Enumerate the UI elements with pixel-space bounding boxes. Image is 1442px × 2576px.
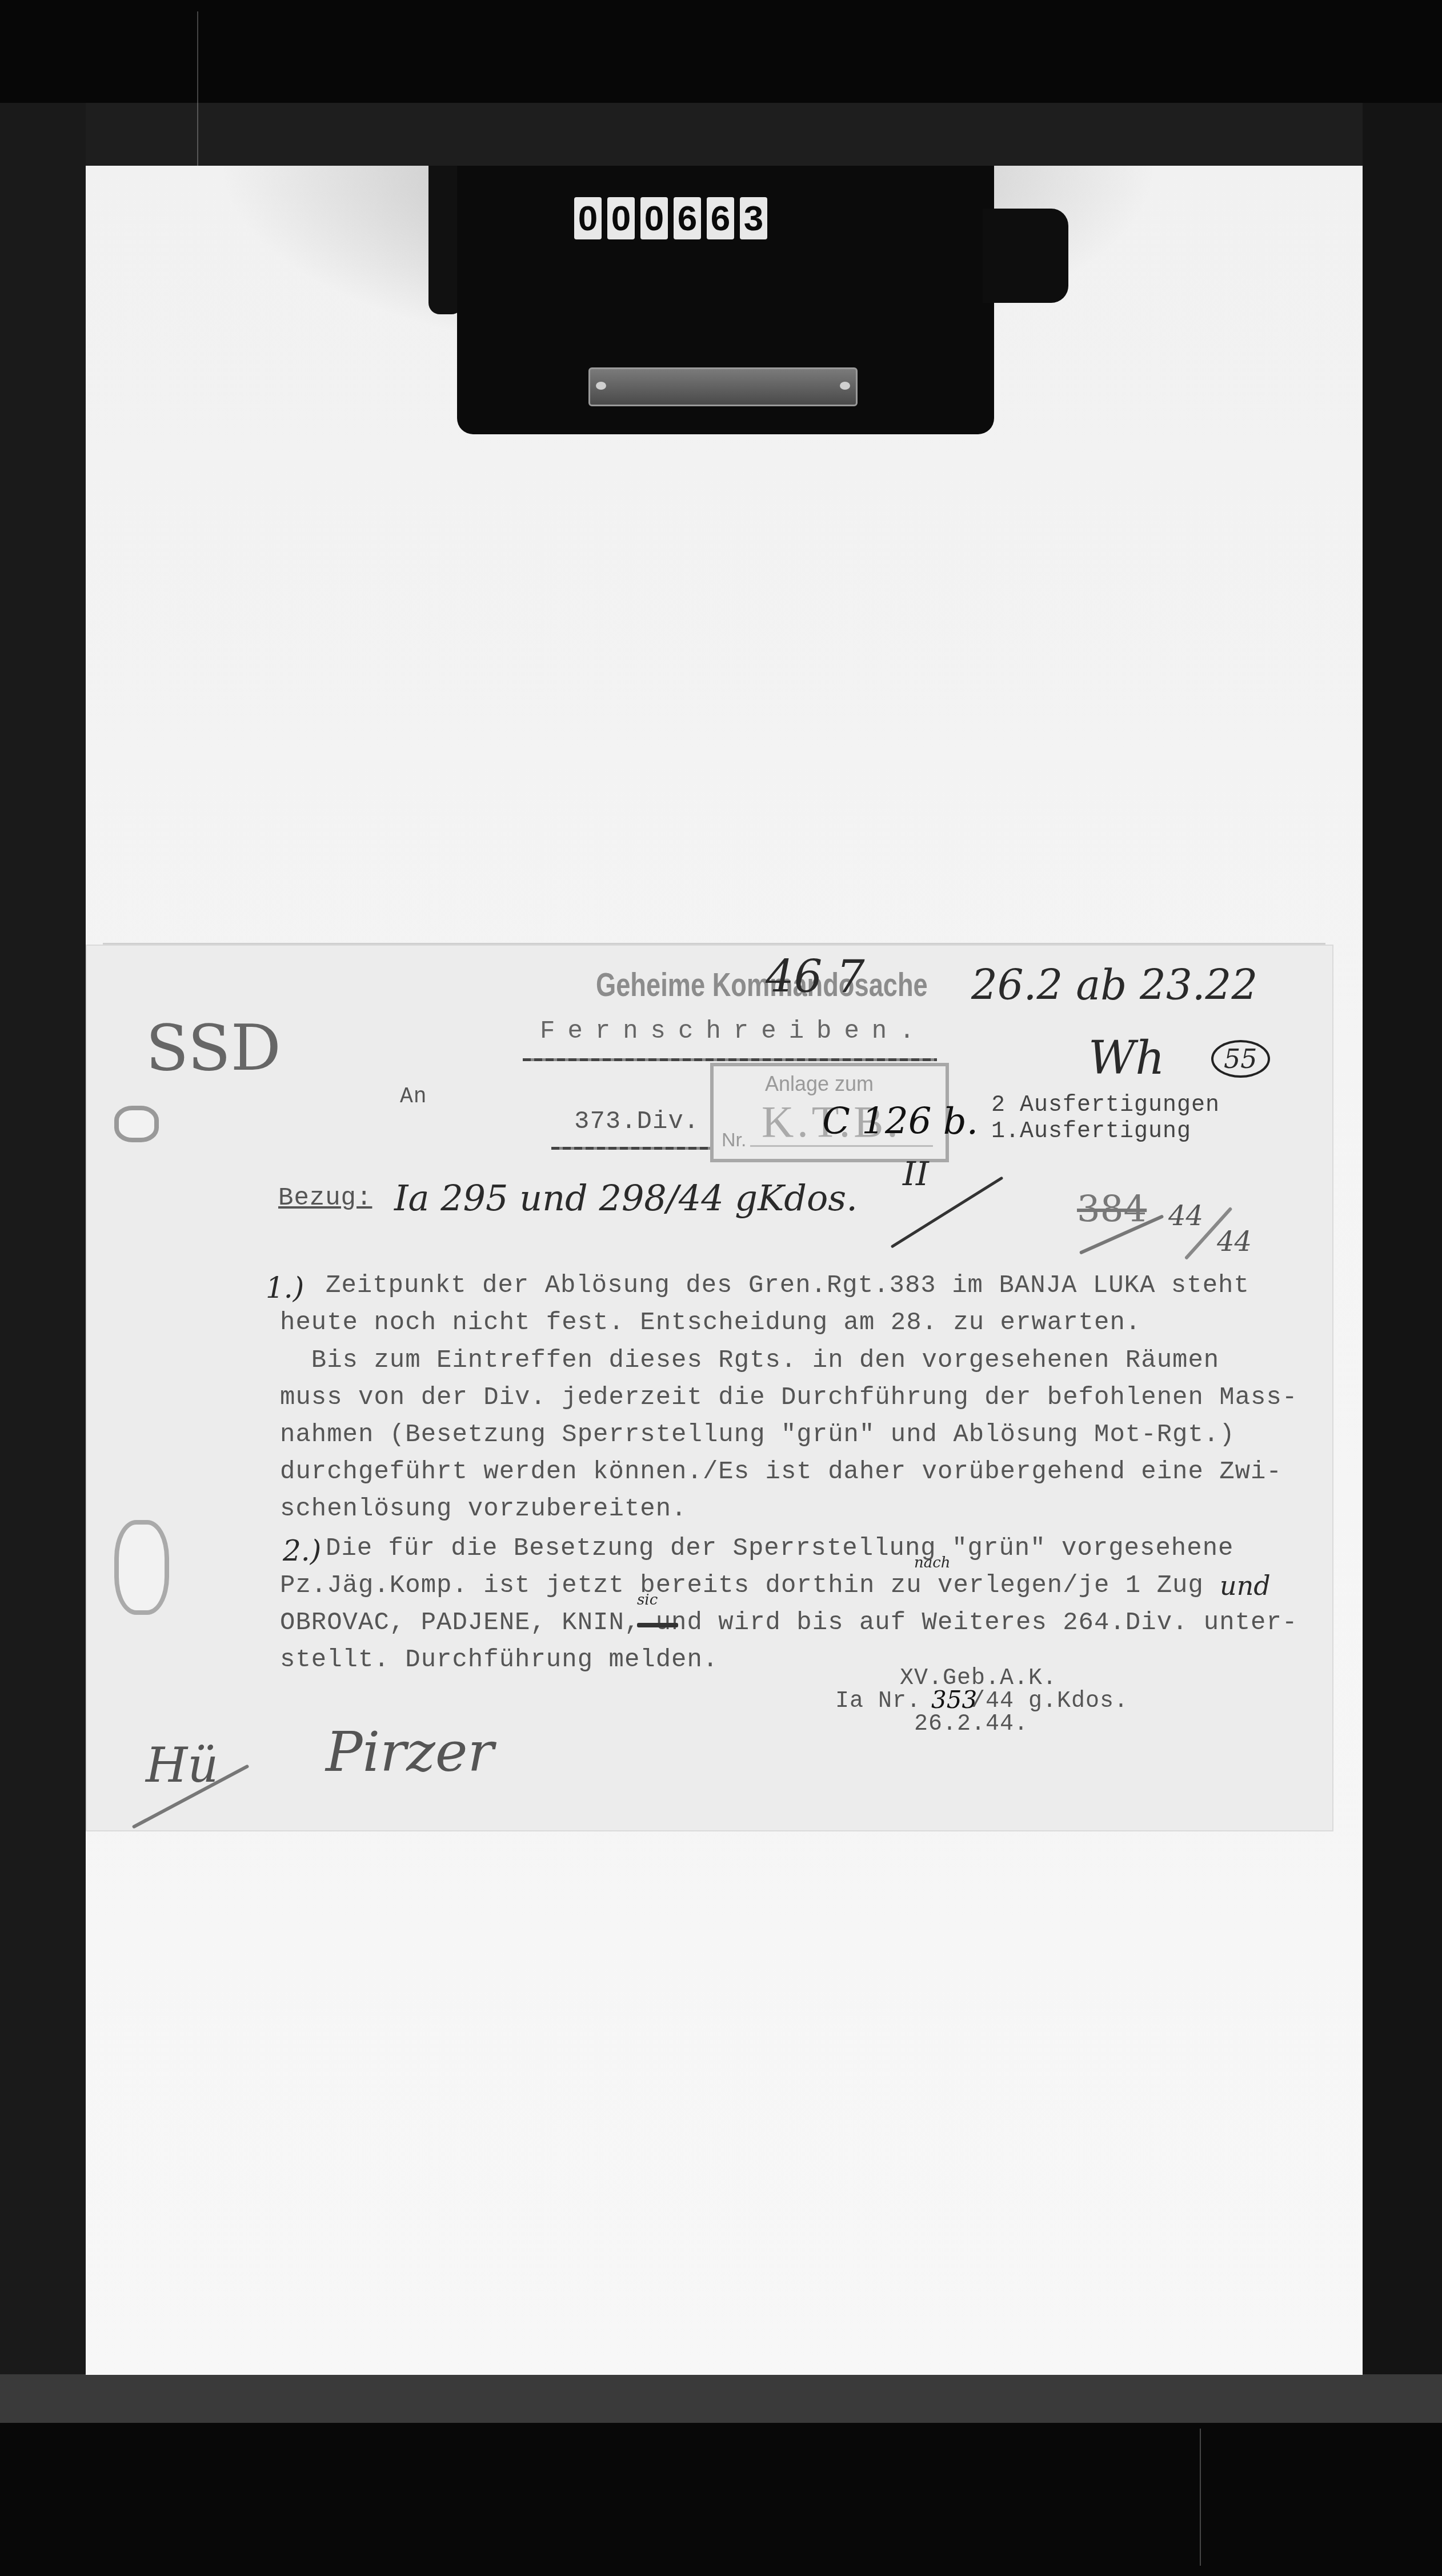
insert-right: und: [1220, 1570, 1271, 1601]
film-border-right: [1363, 103, 1442, 2423]
paragraph-2-number: 2.): [283, 1534, 321, 1567]
sender-ref-number: 353: [931, 1686, 977, 1714]
pencil-fraction-bottom: 44: [1217, 1226, 1252, 1258]
ktb-stamp-nr-value: C 126 b.: [822, 1101, 978, 1143]
paragraph-2-line: Die für die Besetzung der Sperrstellung …: [326, 1534, 1233, 1563]
paragraph-1-line: muss von der Div. jederzeit die Durchfüh…: [280, 1383, 1297, 1412]
received-timestamp: 26.2 ab 23.22: [971, 961, 1257, 1009]
classification-stamp: Geheime Kommandosache: [596, 966, 928, 1004]
counter-digit: 6: [674, 197, 701, 239]
counter-digit: 3: [740, 197, 767, 239]
counter-nameplate: [588, 367, 858, 406]
ktb-stamp-line1: Anlage zum: [765, 1072, 874, 1096]
punch-hole-mark: [114, 1106, 159, 1142]
margin-note-ssd: SSD: [146, 1011, 281, 1085]
counter-knob: [983, 209, 1068, 303]
reference-label: Bezug:: [278, 1184, 372, 1213]
copies-line2: 1.Ausfertigung: [991, 1119, 1191, 1145]
sender-ref-prefix: Ia Nr.: [835, 1689, 921, 1714]
paragraph-1-line: heute noch nicht fest. Entscheidung am 2…: [280, 1309, 1141, 1337]
counter-digit: 6: [707, 197, 734, 239]
ktb-stamp: Anlage zum K.T.B. Nr. C 126 b.: [710, 1063, 949, 1162]
circled-number: 55: [1211, 1040, 1270, 1078]
roman-numeral-mark: II: [903, 1154, 929, 1193]
pencil-number-struck: 384: [1077, 1189, 1147, 1231]
strike-through: [637, 1623, 678, 1627]
form-title: Fernschreiben.: [540, 1017, 927, 1046]
recipient-label: An: [400, 1085, 427, 1109]
paragraph-2-line: stellt. Durchführung melden.: [280, 1646, 718, 1674]
pencil-fraction-top: 44: [1168, 1200, 1203, 1232]
sender-ref-suffix: /44 g.Kdos.: [971, 1689, 1128, 1714]
insert-above-je: nach: [914, 1554, 951, 1571]
paragraph-1-line: nahmen (Besetzung Sperrstellung "grün" u…: [280, 1421, 1235, 1449]
paragraph-1-line: Zeitpunkt der Ablösung des Gren.Rgt.383 …: [326, 1271, 1249, 1300]
bottom-signature: Pirzer: [326, 1720, 494, 1784]
ktb-stamp-nr-line: [750, 1145, 933, 1147]
paragraph-1-line: durchgeführt werden können./Es ist daher…: [280, 1458, 1282, 1486]
film-border-bottom: [0, 2423, 1442, 2576]
reference-value: Ia 295 und 298/44 gKdos.: [394, 1177, 858, 1219]
paragraph-1-line: Bis zum Eintreffen dieses Rgts. in den v…: [280, 1346, 1219, 1375]
film-border-left: [0, 103, 86, 2423]
ktb-stamp-nr-label: Nr.: [722, 1129, 746, 1151]
initials-mark: Wh: [1088, 1031, 1165, 1085]
counter-digit: 0: [574, 197, 602, 239]
paragraph-1-line: schenlösung vorzubereiten.: [280, 1495, 687, 1523]
film-band-bottom: [0, 2374, 1442, 2429]
copies-line1: 2 Ausfertigungen: [991, 1093, 1220, 1118]
recipient-rule: [551, 1147, 711, 1150]
film-border-top: [0, 0, 1442, 103]
sender-date: 26.2.44.: [914, 1711, 1028, 1737]
classification-overwrite: 46 7: [766, 951, 865, 1003]
recipient: 373.Div.: [574, 1107, 699, 1136]
punch-hole-mark: [114, 1520, 169, 1615]
paragraph-2-line: Pz.Jäg.Komp. ist jetzt bereits dorthin z…: [280, 1571, 1204, 1600]
sender-unit: XV.Geb.A.K.: [900, 1666, 1057, 1691]
counter-digit: 0: [640, 197, 668, 239]
film-scratch: [1200, 2429, 1201, 2566]
screw-hole: [596, 382, 606, 390]
paragraph-2-line: OBROVAC, PADJENE, KNIN, und wird bis auf…: [280, 1609, 1297, 1637]
counter-digit: 0: [607, 197, 635, 239]
header-rule: [523, 1058, 937, 1061]
paragraph-1-number: 1.): [266, 1271, 304, 1305]
insert-sic: sic: [637, 1591, 658, 1609]
screw-hole: [840, 382, 850, 390]
frame-counter-digits: 0 0 0 6 6 3: [574, 197, 767, 239]
